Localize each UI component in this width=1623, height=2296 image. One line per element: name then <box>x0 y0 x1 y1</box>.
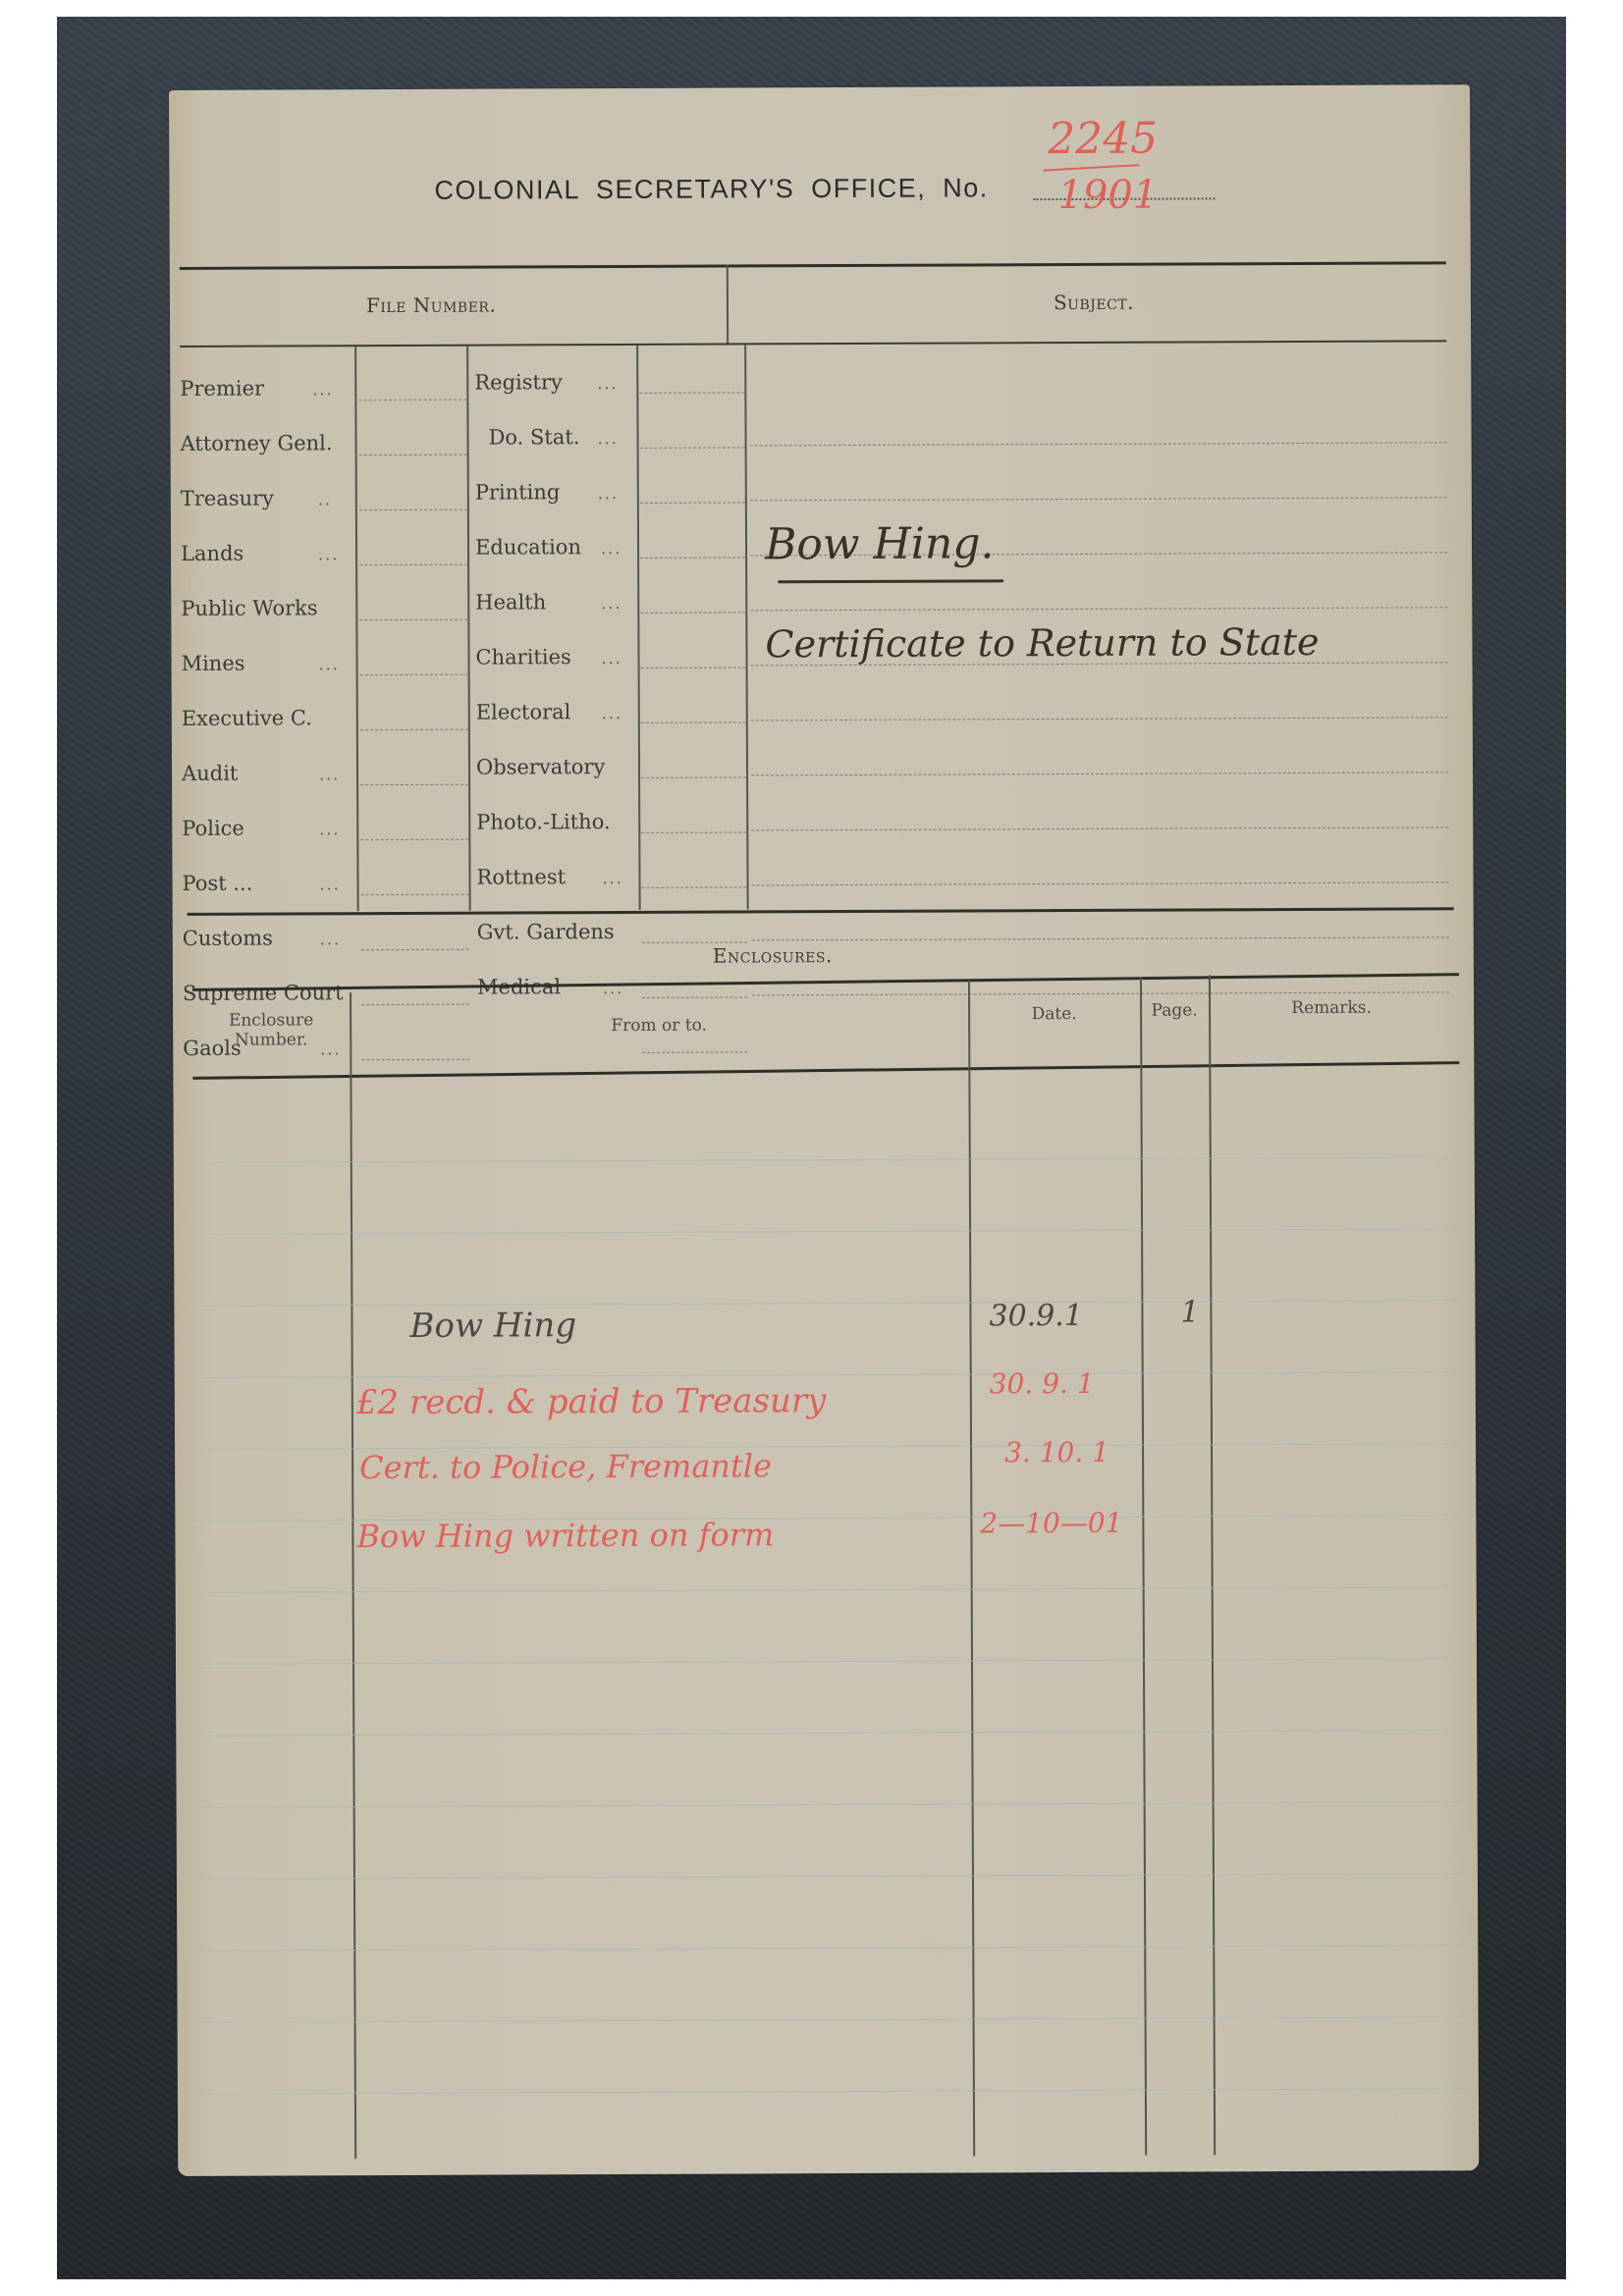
file-row: Mines... <box>181 651 357 707</box>
file-row: Gvt. Gardens <box>477 920 639 976</box>
file-number-field[interactable] <box>642 1051 747 1052</box>
dept-label-registry: Registry <box>474 370 563 394</box>
subject-line <box>751 772 1448 775</box>
file-number-field[interactable] <box>359 509 467 510</box>
enclosure-ruling <box>193 1156 1464 2165</box>
dept-label-post: Post ... <box>182 872 252 895</box>
dept-label-education: Education <box>475 535 581 559</box>
enclosure-row-2-date: 30. 9. 1 <box>990 1367 1095 1400</box>
file-number-field[interactable] <box>640 612 745 613</box>
page-title: COLONIAL SECRETARY'S OFFICE, No. <box>434 173 988 205</box>
subject-line <box>751 827 1448 830</box>
file-row: Premier... <box>180 376 356 432</box>
enclosure-row-1-date: 30.9.1 <box>989 1299 1083 1333</box>
document-page: COLONIAL SECRETARY'S OFFICE, No. 2245 19… <box>169 84 1479 2176</box>
heading-divider <box>727 265 729 344</box>
file-number-left-fields <box>358 400 469 1114</box>
file-row: Customs... <box>183 926 359 982</box>
dept-label-customs: Customs <box>183 927 273 950</box>
file-number-field[interactable] <box>639 392 744 393</box>
file-row: Police... <box>182 816 358 872</box>
file-number-field[interactable] <box>360 729 468 730</box>
dept-label-police: Police <box>182 817 244 840</box>
file-row: Lands... <box>181 541 357 597</box>
dept-label-public-works: Public Works <box>181 596 317 620</box>
file-number-field[interactable] <box>360 784 468 785</box>
file-number-field[interactable] <box>640 447 745 448</box>
subject-line <box>752 991 1449 995</box>
subject-line <box>752 881 1449 885</box>
dept-label-printing: Printing <box>475 480 561 504</box>
file-row: Charities... <box>475 645 637 701</box>
top-rule <box>180 261 1446 270</box>
file-number-field[interactable] <box>641 667 746 667</box>
enclosure-row-2-from-to: £2 recd. & paid to Treasury <box>356 1381 827 1422</box>
dept-label-gvt-gardens: Gvt. Gardens <box>477 920 615 944</box>
file-number-field[interactable] <box>641 776 746 777</box>
file-number-year: 1901 <box>1057 173 1158 218</box>
file-row: Do. Stat.... <box>474 425 636 481</box>
file-row: Education... <box>475 535 637 591</box>
file-row: Attorney Genl. <box>181 431 357 487</box>
col-header-page: Page. <box>1140 1000 1209 1020</box>
file-row: Registry... <box>474 370 636 426</box>
dept-label-supreme-court: Supreme Court <box>183 981 344 1005</box>
dept-label-executive-c: Executive C. <box>182 706 312 730</box>
enclosure-row-1-from-to: Bow Hing <box>409 1306 576 1346</box>
enclosure-row-1-page: 1 <box>1180 1295 1199 1329</box>
file-number-heading: File Number. <box>366 293 661 317</box>
file-number-field[interactable] <box>642 996 747 997</box>
subject-heading: Subject. <box>1054 291 1134 314</box>
file-row: Audit... <box>182 761 358 817</box>
file-number-field[interactable] <box>361 894 469 895</box>
file-number-field[interactable] <box>359 564 467 565</box>
file-number-right-fields <box>639 392 747 1106</box>
file-number-field[interactable] <box>359 454 467 455</box>
file-number-field[interactable] <box>642 886 747 887</box>
dept-label-do-stat: Do. Stat. <box>488 425 579 449</box>
enclosure-row-4-from-to: Bow Hing written on form <box>356 1516 774 1555</box>
file-row: Public Works <box>181 596 357 652</box>
file-number-right-list: Registry... Do. Stat.... Printing... Edu… <box>474 370 639 1031</box>
dept-label-mines: Mines <box>181 652 244 675</box>
file-row: Printing... <box>475 480 637 536</box>
file-number-field[interactable] <box>361 1059 469 1060</box>
subheading-rule <box>180 340 1446 347</box>
enclosure-row-3-from-to: Cert. to Police, Fremantle <box>359 1447 772 1486</box>
subject-line <box>752 936 1449 940</box>
file-number-field[interactable] <box>640 502 745 503</box>
file-row: Electoral... <box>476 700 638 756</box>
subject-description: Certificate to Return to State <box>765 620 1319 666</box>
subject-name: Bow Hing. <box>765 518 995 569</box>
enclosure-row-3-date: 3. 10. 1 <box>1004 1436 1109 1468</box>
enclosure-row-4-date: 2—10—01 <box>980 1507 1122 1540</box>
dept-label-observatory: Observatory <box>476 755 605 779</box>
dept-label-lands: Lands <box>181 542 243 565</box>
file-number-field[interactable] <box>358 400 466 400</box>
dept-label-rottnest: Rottnest <box>476 865 566 888</box>
enclosures-heading: Enclosures. <box>713 943 833 968</box>
subject-line <box>750 497 1447 501</box>
file-row: Executive C. <box>182 706 358 762</box>
file-row: Treasury.. <box>181 486 357 542</box>
col-header-from-or-to: From or to. <box>350 1014 968 1037</box>
dept-label-audit: Audit <box>182 762 238 785</box>
col-header-remarks: Remarks. <box>1209 997 1454 1018</box>
file-number-field[interactable] <box>361 1004 469 1005</box>
file-number-field[interactable] <box>361 949 469 950</box>
col-header-date: Date. <box>968 1004 1140 1025</box>
file-number-field[interactable] <box>640 557 745 558</box>
file-row: Health... <box>475 590 637 646</box>
dept-label-charities: Charities <box>475 645 570 668</box>
dept-label-electoral: Electoral <box>476 700 571 723</box>
subject-line <box>750 442 1447 446</box>
file-row: Post ...... <box>182 871 358 927</box>
dept-label-treasury: Treasury <box>181 487 274 510</box>
subject-line <box>751 717 1448 721</box>
dept-label-health: Health <box>475 590 546 614</box>
dept-label-photo-litho: Photo.-Litho. <box>476 810 610 834</box>
dept-label-premier: Premier <box>180 377 264 400</box>
subject-line <box>750 607 1447 611</box>
file-number-field[interactable] <box>641 721 746 722</box>
file-number-field[interactable] <box>641 831 746 832</box>
file-row: Photo.-Litho. <box>476 810 638 866</box>
file-row: Observatory <box>476 755 638 811</box>
file-number-left-list: Premier... Attorney Genl. Treasury.. Lan… <box>180 376 359 1092</box>
file-number-field[interactable] <box>359 619 467 620</box>
file-number-top: 2245 <box>1048 114 1158 164</box>
dept-label-attorney-genl: Attorney Genl. <box>181 431 333 455</box>
file-number-divider <box>1043 164 1139 172</box>
col-header-enclosure-number: Enclosure Number. <box>192 1010 350 1050</box>
file-number-field[interactable] <box>360 674 468 675</box>
file-number-field[interactable] <box>360 839 468 840</box>
